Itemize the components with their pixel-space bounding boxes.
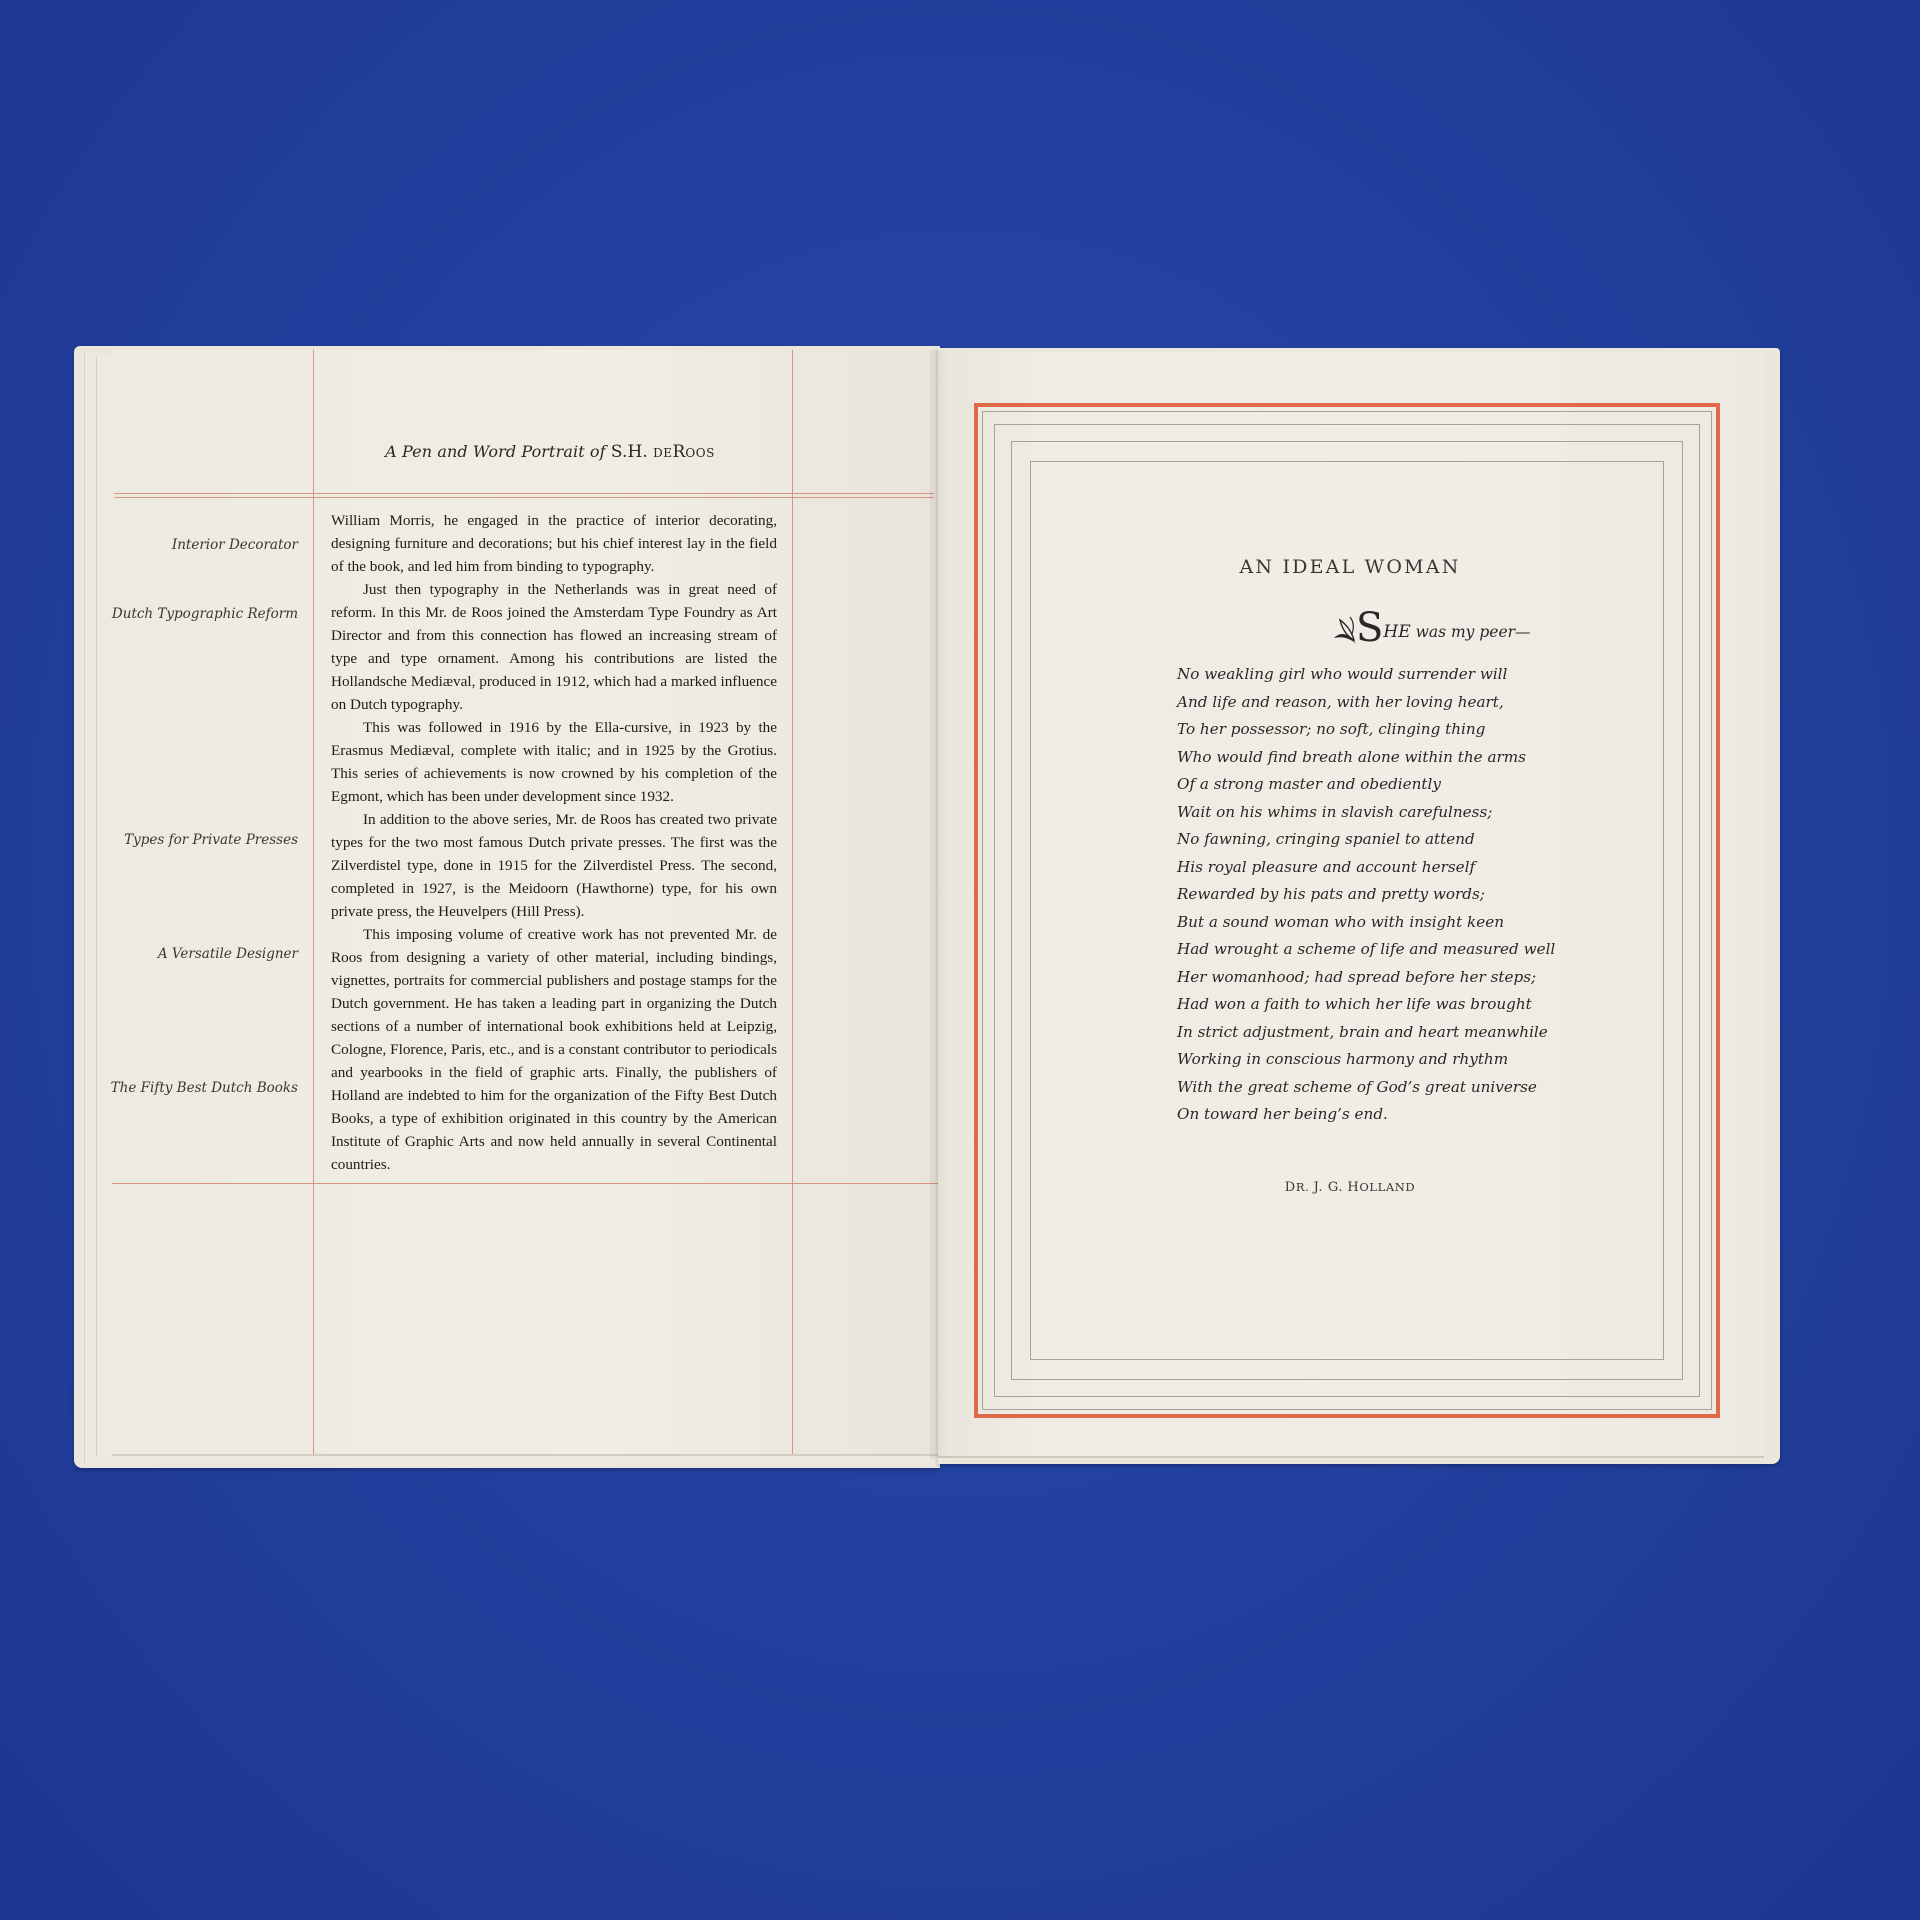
- attribution-prefix-cap: D: [1285, 1180, 1296, 1195]
- paragraph: This was followed in 1916 by the Ella-cu…: [331, 716, 777, 808]
- sidenote-interior-decorator: Interior Decorator: [172, 537, 298, 553]
- footer-rule: [112, 1183, 938, 1184]
- running-head-italic: A Pen and Word Portrait of: [385, 442, 606, 461]
- column-rule-left: [313, 350, 314, 1454]
- running-head-name: S.H.: [611, 442, 648, 462]
- attribution-initials: J. G.: [1314, 1180, 1344, 1195]
- sidenote-versatile-designer: A Versatile Designer: [158, 946, 298, 962]
- paragraph: William Morris, he engaged in the practi…: [331, 509, 777, 578]
- header-rule: [114, 497, 934, 498]
- header-rule: [114, 493, 934, 494]
- paragraph: This imposing volume of creative work ha…: [331, 923, 777, 1176]
- running-head-surname-small: OOS: [685, 446, 714, 460]
- paragraph: In addition to the above series, Mr. de …: [331, 808, 777, 923]
- poem-line: Working in conscious harmony and rhythm: [1177, 1046, 1597, 1074]
- sidenote-fifty-best-dutch-books: The Fifty Best Dutch Books: [111, 1080, 298, 1096]
- running-head-particle: DE: [653, 446, 672, 460]
- first-line-rest: was my peer—: [1416, 623, 1531, 641]
- attribution-prefix-small: R.: [1296, 1180, 1310, 1194]
- article-body: William Morris, he engaged in the practi…: [331, 509, 777, 1176]
- poem-line: With the great scheme of God’s great uni…: [1177, 1074, 1597, 1102]
- poem-line: To her possessor; no soft, clinging thin…: [1177, 716, 1597, 744]
- poem-line: Of a strong master and obediently: [1177, 771, 1597, 799]
- poem-line: Rewarded by his pats and pretty words;: [1177, 881, 1597, 909]
- poem-line: Had wrought a scheme of life and measure…: [1177, 936, 1597, 964]
- running-head: A Pen and Word Portrait of S.H. DEROOS: [315, 442, 785, 462]
- attribution-name-cap: H: [1347, 1180, 1359, 1195]
- drop-cap: S: [1356, 608, 1383, 648]
- poem-attribution: DR. J. G. HOLLAND: [1030, 1180, 1670, 1195]
- sidenote-types-for-private-presses: Types for Private Presses: [124, 832, 298, 848]
- poem-line: No fawning, cringing spaniel to attend: [1177, 826, 1597, 854]
- poem-line: On toward her being’s end.: [1177, 1101, 1597, 1129]
- poem-body: No weakling girl who would surrender wil…: [1177, 661, 1597, 1129]
- first-line-caps: HE: [1383, 622, 1410, 642]
- poem-line: Had won a faith to which her life was br…: [1177, 991, 1597, 1019]
- poem-first-line: S HE was my peer—: [1346, 608, 1531, 648]
- drop-cap-letter: S: [1356, 605, 1383, 651]
- poem-line: Who would find breath alone within the a…: [1177, 744, 1597, 772]
- leaf-ornament-icon: [1332, 616, 1360, 646]
- spine-gutter: [930, 350, 948, 1458]
- paragraph: Just then typography in the Netherlands …: [331, 578, 777, 716]
- poem-line: And life and reason, with her loving hea…: [1177, 689, 1597, 717]
- attribution-name-small: OLLAND: [1359, 1180, 1415, 1194]
- open-booklet: A Pen and Word Portrait of S.H. DEROOS I…: [0, 0, 1920, 1920]
- poem-line: But a sound woman who with insight keen: [1177, 909, 1597, 937]
- poem-line: Her womanhood; had spread before her ste…: [1177, 964, 1597, 992]
- sidenote-dutch-typographic-reform: Dutch Typographic Reform: [112, 606, 298, 622]
- poem-line: In strict adjustment, brain and heart me…: [1177, 1019, 1597, 1047]
- poem-line: His royal pleasure and account herself: [1177, 854, 1597, 882]
- column-rule-right: [792, 350, 793, 1454]
- poem-line: Wait on his whims in slavish carefulness…: [1177, 799, 1597, 827]
- running-head-surname-cap: R: [673, 442, 686, 462]
- poem-line: No weakling girl who would surrender wil…: [1177, 661, 1597, 689]
- poem-title: AN IDEAL WOMAN: [1030, 556, 1670, 578]
